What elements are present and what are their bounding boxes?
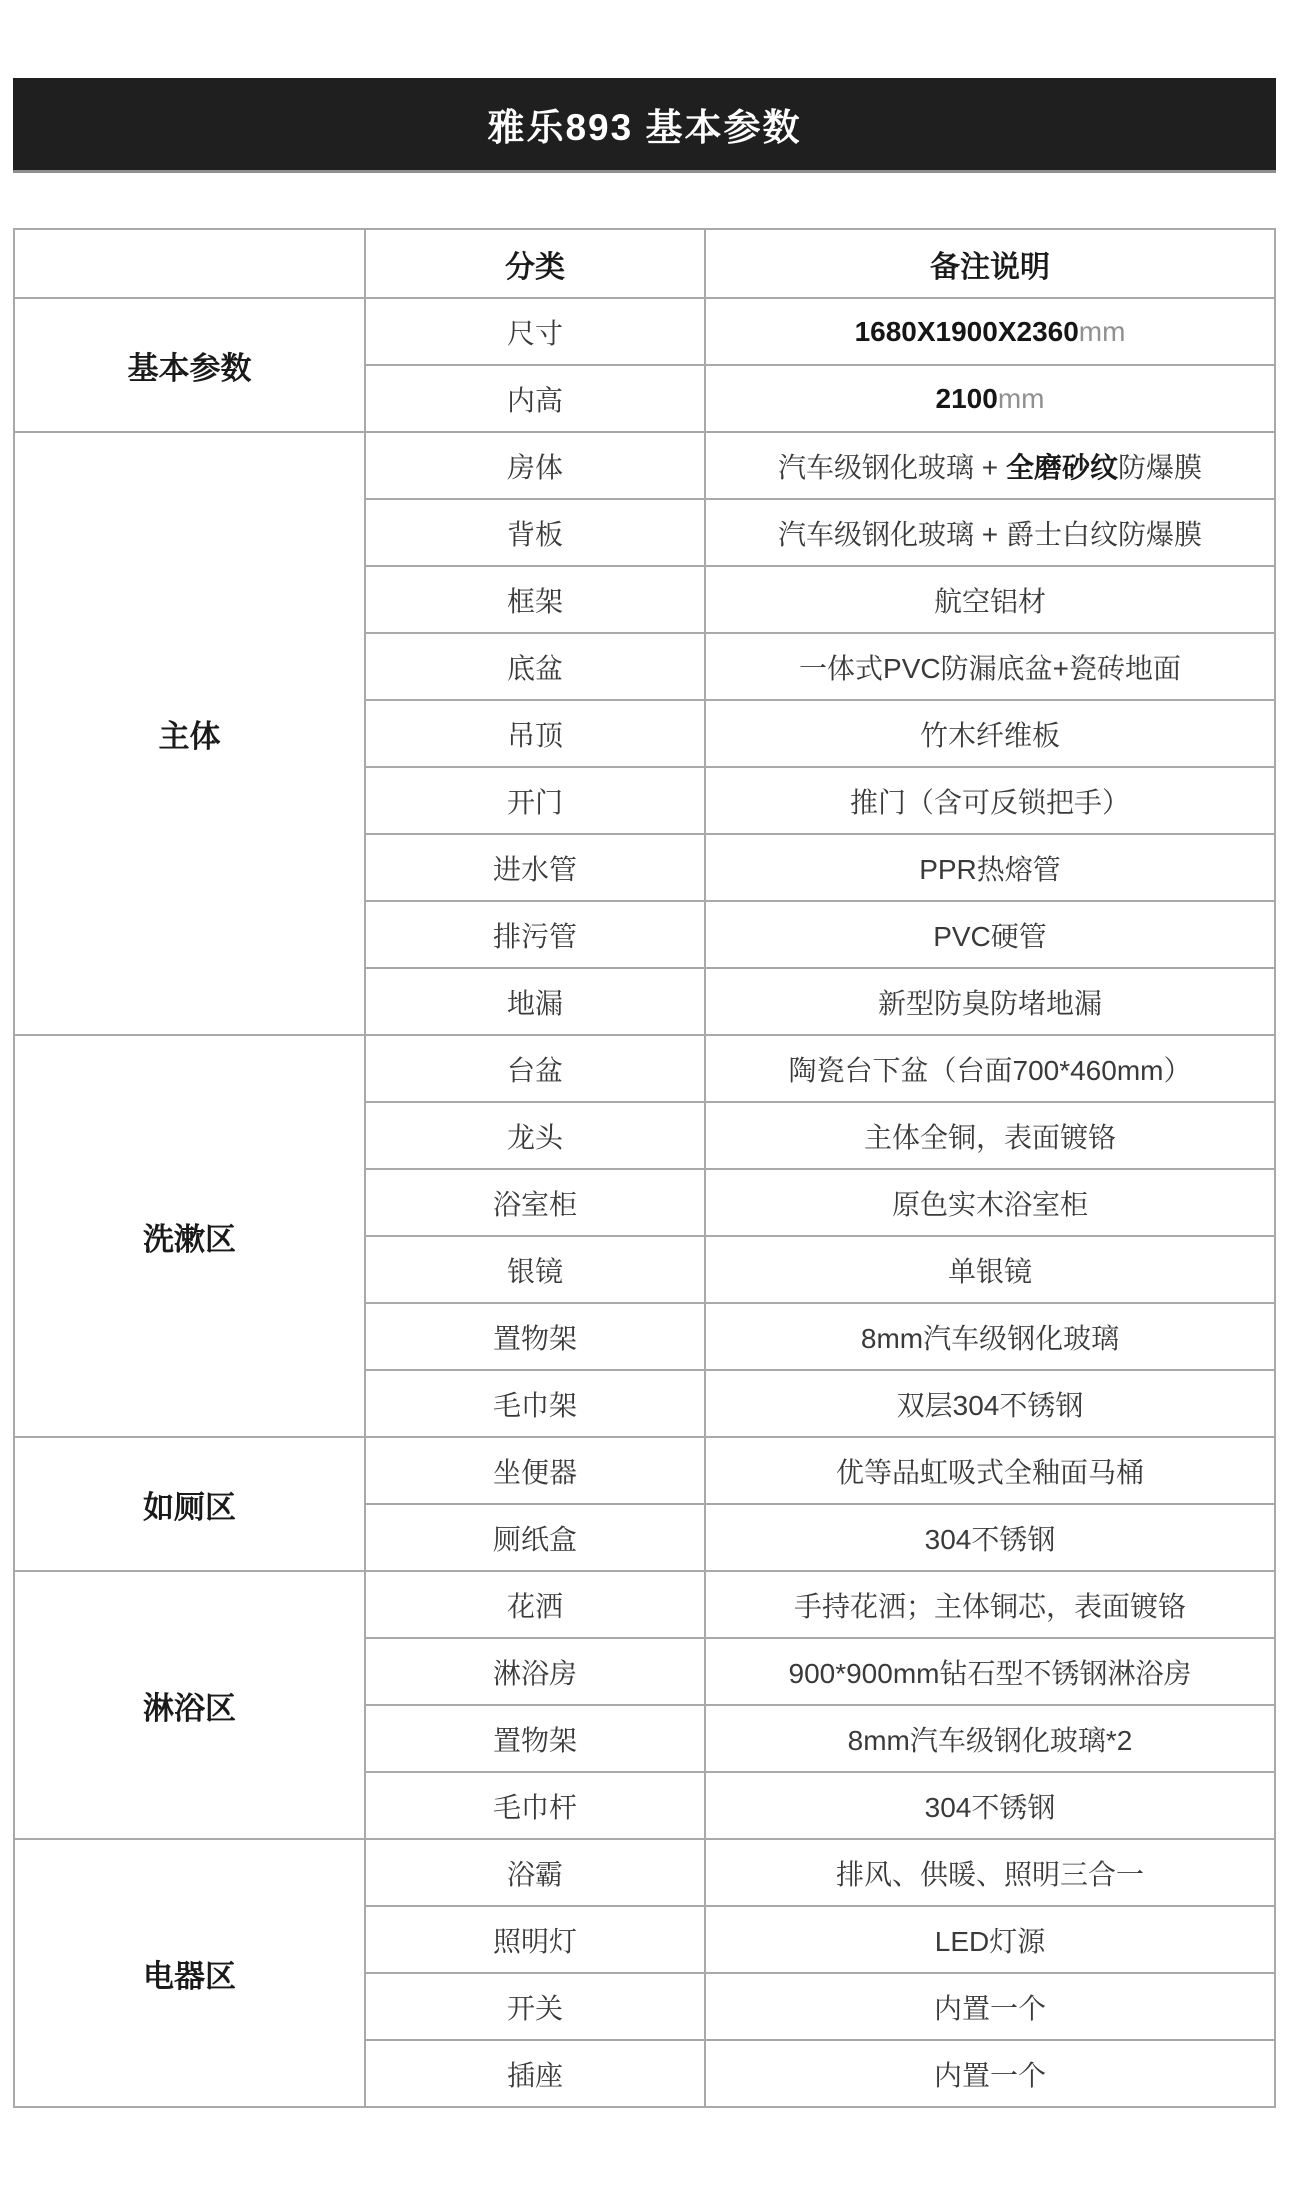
remark-part: 全磨砂纹 (1006, 452, 1118, 483)
remark-cell: 单银镜 (705, 1236, 1275, 1303)
header-cell-group (14, 229, 365, 298)
category-cell: 内高 (365, 365, 705, 432)
remark-cell: 一体式PVC防漏底盆+瓷砖地面 (705, 633, 1275, 700)
remark-part: 2100 (936, 383, 998, 414)
remark-cell: 304不锈钢 (705, 1504, 1275, 1571)
category-cell: 坐便器 (365, 1437, 705, 1504)
category-cell: 房体 (365, 432, 705, 499)
remark-cell: 8mm汽车级钢化玻璃*2 (705, 1705, 1275, 1772)
category-cell: 背板 (365, 499, 705, 566)
remark-cell: 内置一个 (705, 1973, 1275, 2040)
remark-cell: 原色实木浴室柜 (705, 1169, 1275, 1236)
category-cell: 置物架 (365, 1705, 705, 1772)
remark-cell: 1680X1900X2360mm (705, 298, 1275, 365)
remark-cell: 排风、供暖、照明三合一 (705, 1839, 1275, 1906)
spec-table: 分类 备注说明 基本参数尺寸1680X1900X2360mm内高2100mm主体… (13, 228, 1276, 2108)
remark-cell: 优等品虹吸式全釉面马桶 (705, 1437, 1275, 1504)
category-cell: 毛巾架 (365, 1370, 705, 1437)
category-cell: 插座 (365, 2040, 705, 2107)
remark-cell: 推门（含可反锁把手） (705, 767, 1275, 834)
category-cell: 毛巾杆 (365, 1772, 705, 1839)
remark-cell: 2100mm (705, 365, 1275, 432)
category-cell: 底盆 (365, 633, 705, 700)
group-cell: 基本参数 (14, 298, 365, 432)
remark-cell: 新型防臭防堵地漏 (705, 968, 1275, 1035)
category-cell: 开关 (365, 1973, 705, 2040)
remark-cell: 航空铝材 (705, 566, 1275, 633)
remark-cell: 汽车级钢化玻璃 + 全磨砂纹防爆膜 (705, 432, 1275, 499)
category-cell: 置物架 (365, 1303, 705, 1370)
category-cell: 进水管 (365, 834, 705, 901)
table-row: 洗漱区台盆陶瓷台下盆（台面700*460mm） (14, 1035, 1275, 1102)
remark-part: mm (998, 383, 1045, 414)
table-row: 如厕区坐便器优等品虹吸式全釉面马桶 (14, 1437, 1275, 1504)
header-cell-category: 分类 (365, 229, 705, 298)
remark-part: 1680X1900X2360 (855, 316, 1079, 347)
category-cell: 龙头 (365, 1102, 705, 1169)
category-cell: 浴室柜 (365, 1169, 705, 1236)
table-row: 电器区浴霸排风、供暖、照明三合一 (14, 1839, 1275, 1906)
table-row: 淋浴区花洒手持花洒；主体铜芯，表面镀铬 (14, 1571, 1275, 1638)
spec-table-container: 分类 备注说明 基本参数尺寸1680X1900X2360mm内高2100mm主体… (13, 228, 1274, 2108)
group-cell: 主体 (14, 432, 365, 1035)
category-cell: 框架 (365, 566, 705, 633)
category-cell: 尺寸 (365, 298, 705, 365)
remark-part: mm (1079, 316, 1126, 347)
header-row: 分类 备注说明 (14, 229, 1275, 298)
category-cell: 厕纸盒 (365, 1504, 705, 1571)
remark-cell: PVC硬管 (705, 901, 1275, 968)
remark-part: 汽车级钢化玻璃 + (778, 452, 1006, 483)
title-bar: 雅乐893 基本参数 (13, 78, 1276, 173)
category-cell: 照明灯 (365, 1906, 705, 1973)
category-cell: 淋浴房 (365, 1638, 705, 1705)
remark-cell: 陶瓷台下盆（台面700*460mm） (705, 1035, 1275, 1102)
category-cell: 吊顶 (365, 700, 705, 767)
remark-cell: 8mm汽车级钢化玻璃 (705, 1303, 1275, 1370)
group-cell: 如厕区 (14, 1437, 365, 1571)
table-row: 基本参数尺寸1680X1900X2360mm (14, 298, 1275, 365)
group-cell: 淋浴区 (14, 1571, 365, 1839)
remark-cell: 双层304不锈钢 (705, 1370, 1275, 1437)
remark-cell: 900*900mm钻石型不锈钢淋浴房 (705, 1638, 1275, 1705)
remark-cell: 汽车级钢化玻璃 + 爵士白纹防爆膜 (705, 499, 1275, 566)
table-row: 主体房体汽车级钢化玻璃 + 全磨砂纹防爆膜 (14, 432, 1275, 499)
category-cell: 浴霸 (365, 1839, 705, 1906)
group-cell: 电器区 (14, 1839, 365, 2107)
group-cell: 洗漱区 (14, 1035, 365, 1437)
remark-cell: 主体全铜，表面镀铬 (705, 1102, 1275, 1169)
remark-cell: PPR热熔管 (705, 834, 1275, 901)
category-cell: 地漏 (365, 968, 705, 1035)
remark-cell: 手持花洒；主体铜芯，表面镀铬 (705, 1571, 1275, 1638)
header-cell-remark: 备注说明 (705, 229, 1275, 298)
category-cell: 开门 (365, 767, 705, 834)
remark-part: 防爆膜 (1118, 452, 1202, 483)
remark-cell: LED灯源 (705, 1906, 1275, 1973)
category-cell: 银镜 (365, 1236, 705, 1303)
spec-table-body: 基本参数尺寸1680X1900X2360mm内高2100mm主体房体汽车级钢化玻… (14, 298, 1275, 2107)
remark-cell: 竹木纤维板 (705, 700, 1275, 767)
remark-cell: 内置一个 (705, 2040, 1275, 2107)
page-title: 雅乐893 基本参数 (487, 97, 801, 151)
remark-cell: 304不锈钢 (705, 1772, 1275, 1839)
category-cell: 台盆 (365, 1035, 705, 1102)
category-cell: 排污管 (365, 901, 705, 968)
category-cell: 花洒 (365, 1571, 705, 1638)
